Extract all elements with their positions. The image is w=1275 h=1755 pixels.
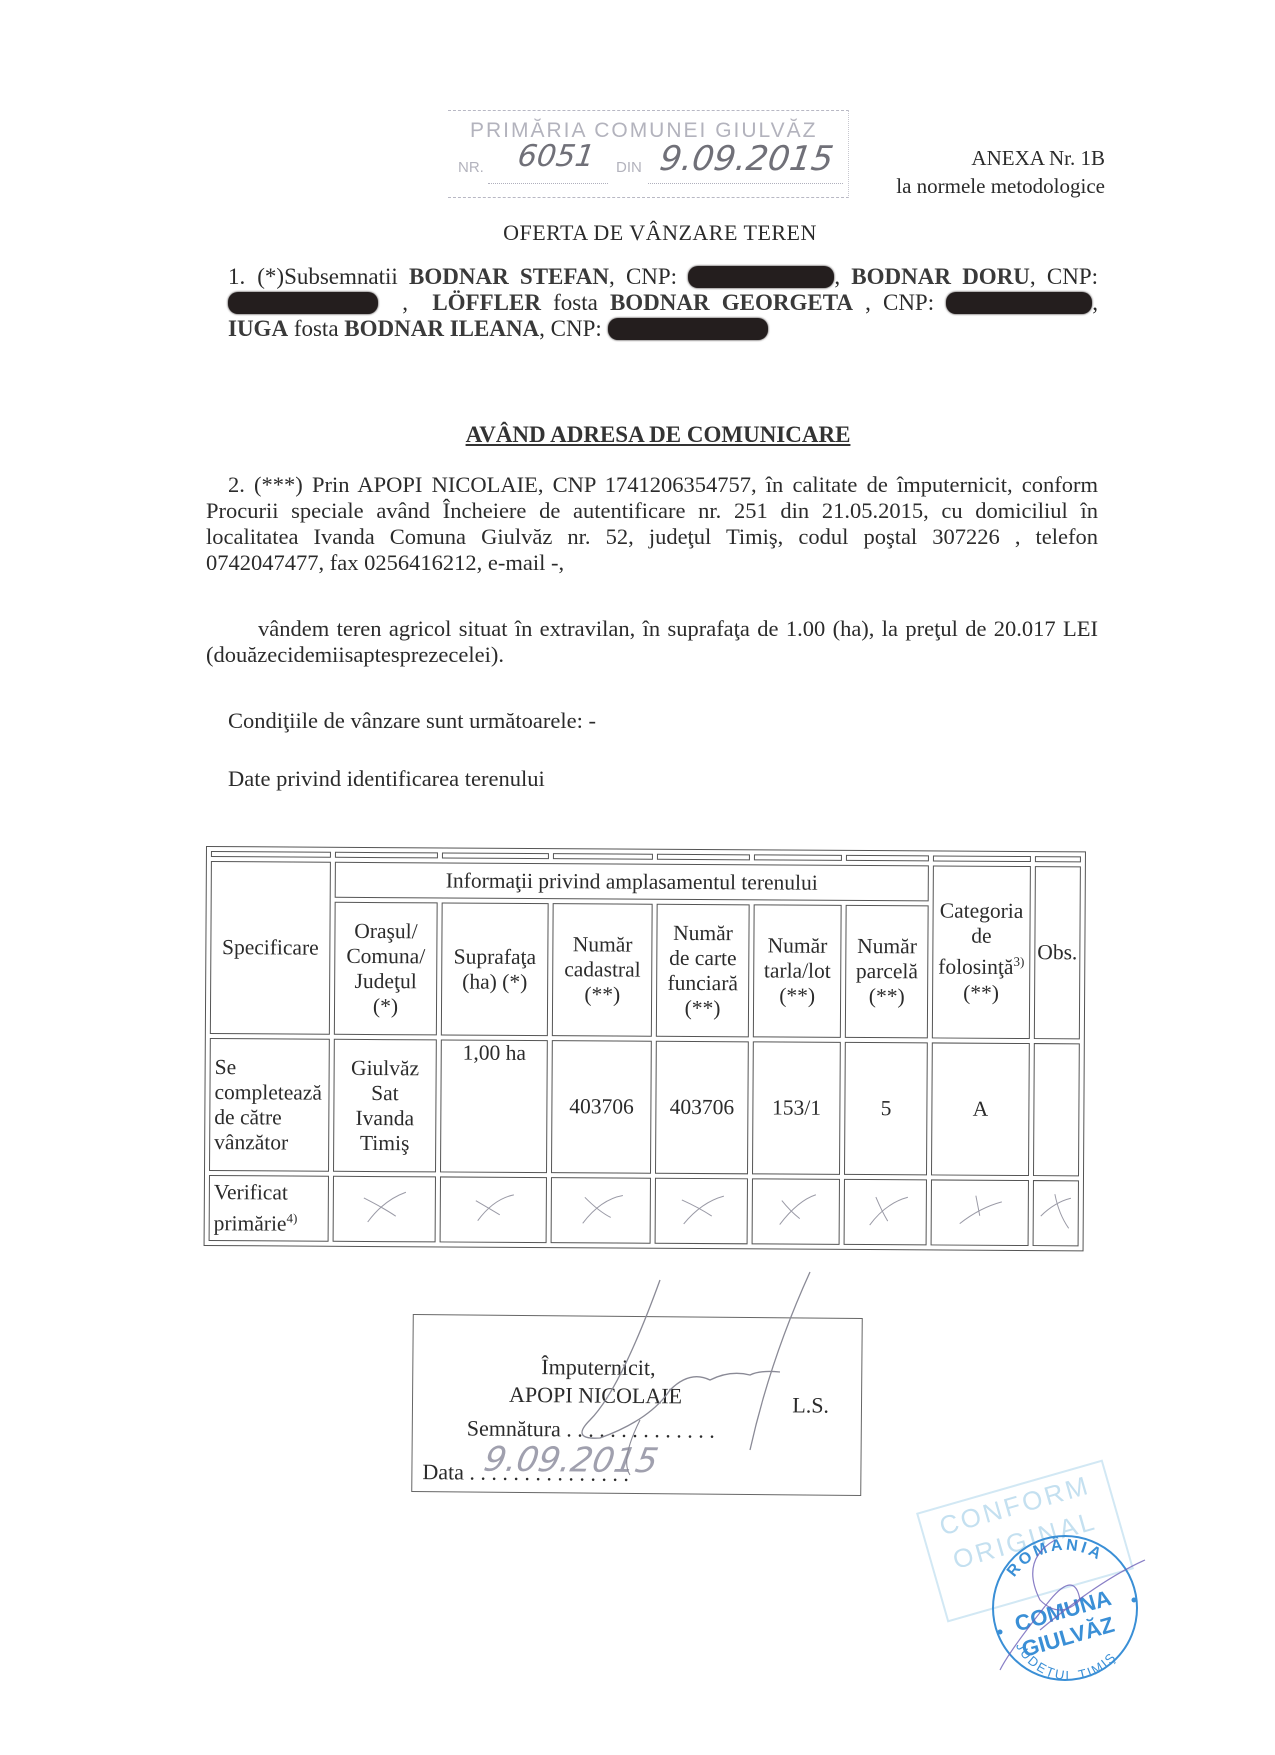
redacted-cnp <box>688 266 834 288</box>
redacted-cnp <box>228 292 378 314</box>
table-row: Verificatprimărie4) <box>209 1175 1079 1246</box>
cnp-label: , CNP: <box>865 290 934 315</box>
cell-crossed <box>551 1177 651 1244</box>
cell-tarla-lot: 153/1 <box>752 1041 841 1175</box>
registration-date-label: DIN <box>616 159 642 176</box>
seller-name: BODNAR STEFAN <box>409 264 609 289</box>
seller-name: BODNAR GEORGETA <box>610 290 853 315</box>
header-specificare: Specificare <box>210 861 331 1035</box>
header-categoria: Categoria de folosinţă3) (**) <box>932 865 1031 1039</box>
cross-mark-icon <box>671 1188 731 1228</box>
cell-crossed <box>751 1178 840 1245</box>
redacted-cnp <box>946 292 1092 314</box>
cross-mark-icon <box>354 1186 414 1226</box>
fosta-label: fosta <box>294 316 339 341</box>
header-obs: Obs. <box>1034 866 1081 1039</box>
cell-crossed <box>1033 1180 1079 1246</box>
cell-crossed <box>931 1179 1029 1246</box>
cnp-label: , CNP: <box>609 264 677 289</box>
dotted-line <box>488 183 608 184</box>
section-number: 1. <box>228 264 245 289</box>
registration-stamp: PRIMĂRIA COMUNEI GIULVĂZ NR. 6051 DIN 9.… <box>448 110 849 198</box>
cell-crossed <box>440 1176 548 1243</box>
fosta-label: fosta <box>553 290 598 315</box>
seller-name: BODNAR DORU <box>851 264 1030 289</box>
annex-number: ANEXA Nr. 1B <box>896 144 1105 172</box>
seller-surname: IUGA <box>228 316 288 341</box>
sellers-paragraph: 1.(*)Subsemnatii BODNAR STEFAN, CNP: , B… <box>228 264 1098 342</box>
cell-crossed <box>844 1179 927 1246</box>
seller-surname: LÖFFLER <box>432 290 541 315</box>
cell-parcel: 5 <box>844 1042 927 1176</box>
row-label-seller: Secompleteazăde cătrevânzător <box>209 1038 330 1172</box>
handwritten-signature-icon <box>560 1270 820 1480</box>
registration-date: 9.09.2015 <box>657 139 836 179</box>
cell-obs <box>1033 1043 1080 1176</box>
land-identification-table: Specificare Informaţii privind amplasame… <box>204 846 1086 1251</box>
cell-category: A <box>931 1042 1030 1176</box>
cell-land-book: 403706 <box>655 1041 749 1175</box>
dotted-line <box>648 183 843 184</box>
address-heading: AVÂND ADRESA DE COMUNICARE <box>0 422 1275 448</box>
table-header-row: Specificare Informaţii privind amplasame… <box>211 861 1081 902</box>
header-land-book: Numărde cartefunciară(**) <box>656 904 750 1038</box>
registration-number-label: NR. <box>458 159 484 176</box>
cross-mark-icon <box>855 1189 915 1229</box>
representative-paragraph: 2. (***) Prin APOPI NICOLAIE, CNP 174120… <box>206 472 1098 576</box>
sellers-intro: (*)Subsemnatii <box>257 264 398 289</box>
header-location: Oraşul/Comuna/Judeţul(*) <box>334 902 438 1036</box>
cross-mark-icon <box>463 1187 523 1227</box>
registration-number: 6051 <box>516 139 597 174</box>
redacted-cnp <box>608 318 768 340</box>
cell-crossed <box>655 1178 748 1245</box>
conditions-paragraph: Condiţiile de vânzare sunt următoarele: … <box>228 708 596 734</box>
document-title: OFERTA DE VÂNZARE TEREN <box>0 220 1275 246</box>
cell-crossed <box>333 1176 436 1243</box>
commune-seal-icon: ROMÂNIA COMUNA GIULVĂZ JUDEŢUL TIMIŞ <box>980 1520 1150 1690</box>
land-identification-label: Date privind identificarea terenului <box>228 766 545 792</box>
cross-mark-icon <box>950 1190 1010 1230</box>
cross-mark-icon <box>1039 1190 1073 1230</box>
sale-paragraph: vândem teren agricol situat în extravila… <box>206 616 1098 668</box>
header-cadastral: Numărcadastral(**) <box>552 903 653 1037</box>
cell-cadastral: 403706 <box>551 1040 652 1174</box>
header-surface: Suprafaţa(ha) (*) <box>441 902 549 1036</box>
header-parcel: Numărparcelă(**) <box>845 905 928 1039</box>
seller-name: BODNAR ILEANA <box>344 316 539 341</box>
table-spacer-row <box>211 851 1081 862</box>
cross-mark-icon <box>766 1188 826 1228</box>
annex-subtitle: la normele metodologice <box>896 172 1105 200</box>
header-location-group: Informaţii privind amplasamentul terenul… <box>335 862 929 902</box>
cross-mark-icon <box>571 1187 631 1227</box>
header-tarla-lot: Numărtarla/lot(**) <box>753 904 842 1038</box>
cnp-label: , CNP: <box>539 316 602 341</box>
row-label-verified: Verificatprimărie4) <box>209 1175 329 1242</box>
cell-location: GiulvăzSatIvandaTimiş <box>333 1039 437 1173</box>
annex-reference: ANEXA Nr. 1B la normele metodologice <box>896 144 1105 200</box>
cnp-label: , CNP: <box>1030 264 1098 289</box>
cell-surface: 1,00 ha <box>440 1039 548 1173</box>
table-row: Secompleteazăde cătrevânzător GiulvăzSat… <box>209 1038 1080 1176</box>
